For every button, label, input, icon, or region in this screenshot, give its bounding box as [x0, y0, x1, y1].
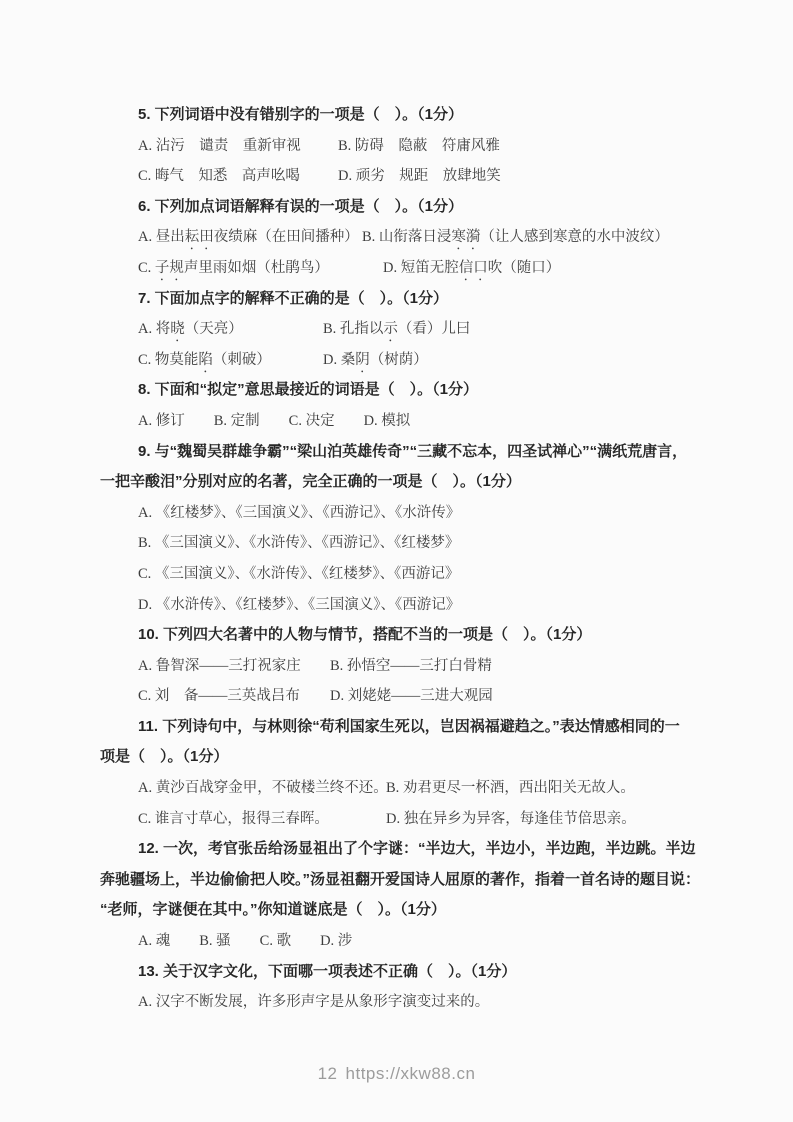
- q9-option-c: C. 《三国演义》、《水浒传》、《红楼梦》、《西游记》: [100, 559, 700, 590]
- q6-option-a: A. 昼出耘田夜绩麻（在田间播种）: [138, 222, 362, 253]
- question-8-options: A. 修订 B. 定制 C. 决定 D. 模拟: [100, 406, 700, 437]
- q10-option-c: C. 刘 备——三英战吕布: [138, 681, 330, 712]
- question-11-title-line2: 项是（ ）。（1分）: [100, 742, 700, 773]
- question-11-title-line1: 11. 下列诗句中，与林则徐“苟利国家生死以，岂因祸福避趋之。”表达情感相同的一: [100, 712, 700, 743]
- emphasis-dotted-text: 陷: [198, 352, 213, 368]
- question-11-options-cd: C. 谁言寸草心，报得三春晖。 D. 独在异乡为异客，每逢佳节倍思亲。: [100, 804, 700, 835]
- q10-option-d: D. 刘姥姥——三进大观园: [330, 681, 493, 712]
- q6-option-b: B. 山衔落日浸寒漪（让人感到寒意的水中波纹）: [362, 222, 669, 253]
- question-8-title: 8. 下面和“拟定”意思最接近的词语是（ ）。（1分）: [100, 375, 700, 406]
- question-5-options-ab: A. 沾污 谴责 重新审视 B. 防碍 隐蔽 符庸风雅: [100, 131, 700, 162]
- q5-option-b: B. 防碍 隐蔽 符庸风雅: [338, 131, 500, 162]
- q7-option-a: A. 将晓（天亮）: [138, 314, 323, 345]
- page-footer: 12https://xkw88.cn: [0, 1064, 793, 1084]
- question-7-options-ab: A. 将晓（天亮） B. 孔指以示（看）儿曰: [100, 314, 700, 345]
- question-12-title-line2: 奔驰疆场上，半边偷偷把人咬。”汤显祖翻开爱国诗人屈原的著作，指着一首名诗的题目说…: [100, 865, 700, 896]
- question-6-options-cd: C. 子规声里雨如烟（杜鹃鸟） D. 短笛无腔信口吹（随口）: [100, 253, 700, 284]
- q6-option-d: D. 短笛无腔信口吹（随口）: [383, 253, 560, 284]
- emphasis-dotted-text: 示: [383, 321, 398, 337]
- emphasis-dotted-text: 信口: [459, 260, 488, 276]
- question-7-options-cd: C. 物莫能陷（刺破） D. 桑阴（树荫）: [100, 345, 700, 376]
- emphasis-dotted-text: 晓: [170, 321, 185, 337]
- question-10-title: 10. 下列四大名著中的人物与情节，搭配不当的一项是（ ）。（1分）: [100, 620, 700, 651]
- question-10-options-cd: C. 刘 备——三英战吕布 D. 刘姥姥——三进大观园: [100, 681, 700, 712]
- q7-option-c: C. 物莫能陷（刺破）: [138, 345, 323, 376]
- question-12-title-line1: 12. 一次，考官张岳给汤显祖出了个字谜：“半边大，半边小，半边跑，半边跳。半边: [100, 834, 700, 865]
- q13-option-a: A. 汉字不断发展，许多形声字是从象形字演变过来的。: [100, 987, 700, 1018]
- q5-option-c: C. 晦气 知悉 高声吆喝: [138, 161, 338, 192]
- exam-page-body: 5. 下列词语中没有错别字的一项是（ ）。（1分） A. 沾污 谴责 重新审视 …: [100, 100, 700, 1018]
- q11-option-b: B. 劝君更尽一杯酒，西出阳关无故人。: [386, 773, 635, 804]
- question-5-title: 5. 下列词语中没有错别字的一项是（ ）。（1分）: [100, 100, 700, 131]
- q9-option-a: A. 《红楼梦》、《三国演义》、《西游记》、《水浒传》: [100, 498, 700, 529]
- q11-option-a: A. 黄沙百战穿金甲，不破楼兰终不还。: [138, 773, 386, 804]
- q10-option-b: B. 孙悟空——三打白骨精: [330, 651, 492, 682]
- q10-option-a: A. 鲁智深——三打祝家庄: [138, 651, 330, 682]
- q6-option-c: C. 子规声里雨如烟（杜鹃鸟）: [138, 253, 383, 284]
- question-12-title-line3: “老师，字谜便在其中。”你知道谜底是（ ）。（1分）: [100, 895, 700, 926]
- question-12-options: A. 魂 B. 骚 C. 歌 D. 涉: [100, 926, 700, 957]
- emphasis-dotted-text: 子规: [155, 260, 184, 276]
- question-7-title: 7. 下面加点字的解释不正确的是（ ）。（1分）: [100, 284, 700, 315]
- question-10-options-ab: A. 鲁智深——三打祝家庄 B. 孙悟空——三打白骨精: [100, 651, 700, 682]
- emphasis-dotted-text: 寒漪: [451, 229, 480, 245]
- emphasis-dotted-text: 阴: [355, 352, 370, 368]
- q5-option-a: A. 沾污 谴责 重新审视: [138, 131, 338, 162]
- q11-option-d: D. 独在异乡为异客，每逢佳节倍思亲。: [386, 804, 636, 835]
- question-9-title-line2: 一把辛酸泪”分别对应的名著，完全正确的一项是（ ）。（1分）: [100, 467, 700, 498]
- q5-option-d: D. 顽劣 规距 放肆地笑: [338, 161, 501, 192]
- q9-option-d: D. 《水浒传》、《红楼梦》、《三国演义》、《西游记》: [100, 590, 700, 621]
- question-9-title-line1: 9. 与“魏蜀吴群雄争霸”“梁山泊英雄传奇”“三藏不忘本，四圣试禅心”“满纸荒唐…: [100, 437, 700, 468]
- question-11-options-ab: A. 黄沙百战穿金甲，不破楼兰终不还。 B. 劝君更尽一杯酒，西出阳关无故人。: [100, 773, 700, 804]
- question-6-options-ab: A. 昼出耘田夜绩麻（在田间播种） B. 山衔落日浸寒漪（让人感到寒意的水中波纹…: [100, 222, 700, 253]
- question-13-title: 13. 关于汉字文化，下面哪一项表述不正确（ ）。（1分）: [100, 957, 700, 988]
- page-number: 12: [318, 1064, 338, 1083]
- q7-option-b: B. 孔指以示（看）儿曰: [323, 314, 470, 345]
- question-6-title: 6. 下列加点词语解释有误的一项是（ ）。（1分）: [100, 192, 700, 223]
- emphasis-dotted-text: 耘田: [185, 229, 214, 245]
- question-5-options-cd: C. 晦气 知悉 高声吆喝 D. 顽劣 规距 放肆地笑: [100, 161, 700, 192]
- footer-url: https://xkw88.cn: [346, 1064, 476, 1083]
- q7-option-d: D. 桑阴（树荫）: [323, 345, 428, 376]
- q11-option-c: C. 谁言寸草心，报得三春晖。: [138, 804, 386, 835]
- q9-option-b: B. 《三国演义》、《水浒传》、《西游记》、《红楼梦》: [100, 528, 700, 559]
